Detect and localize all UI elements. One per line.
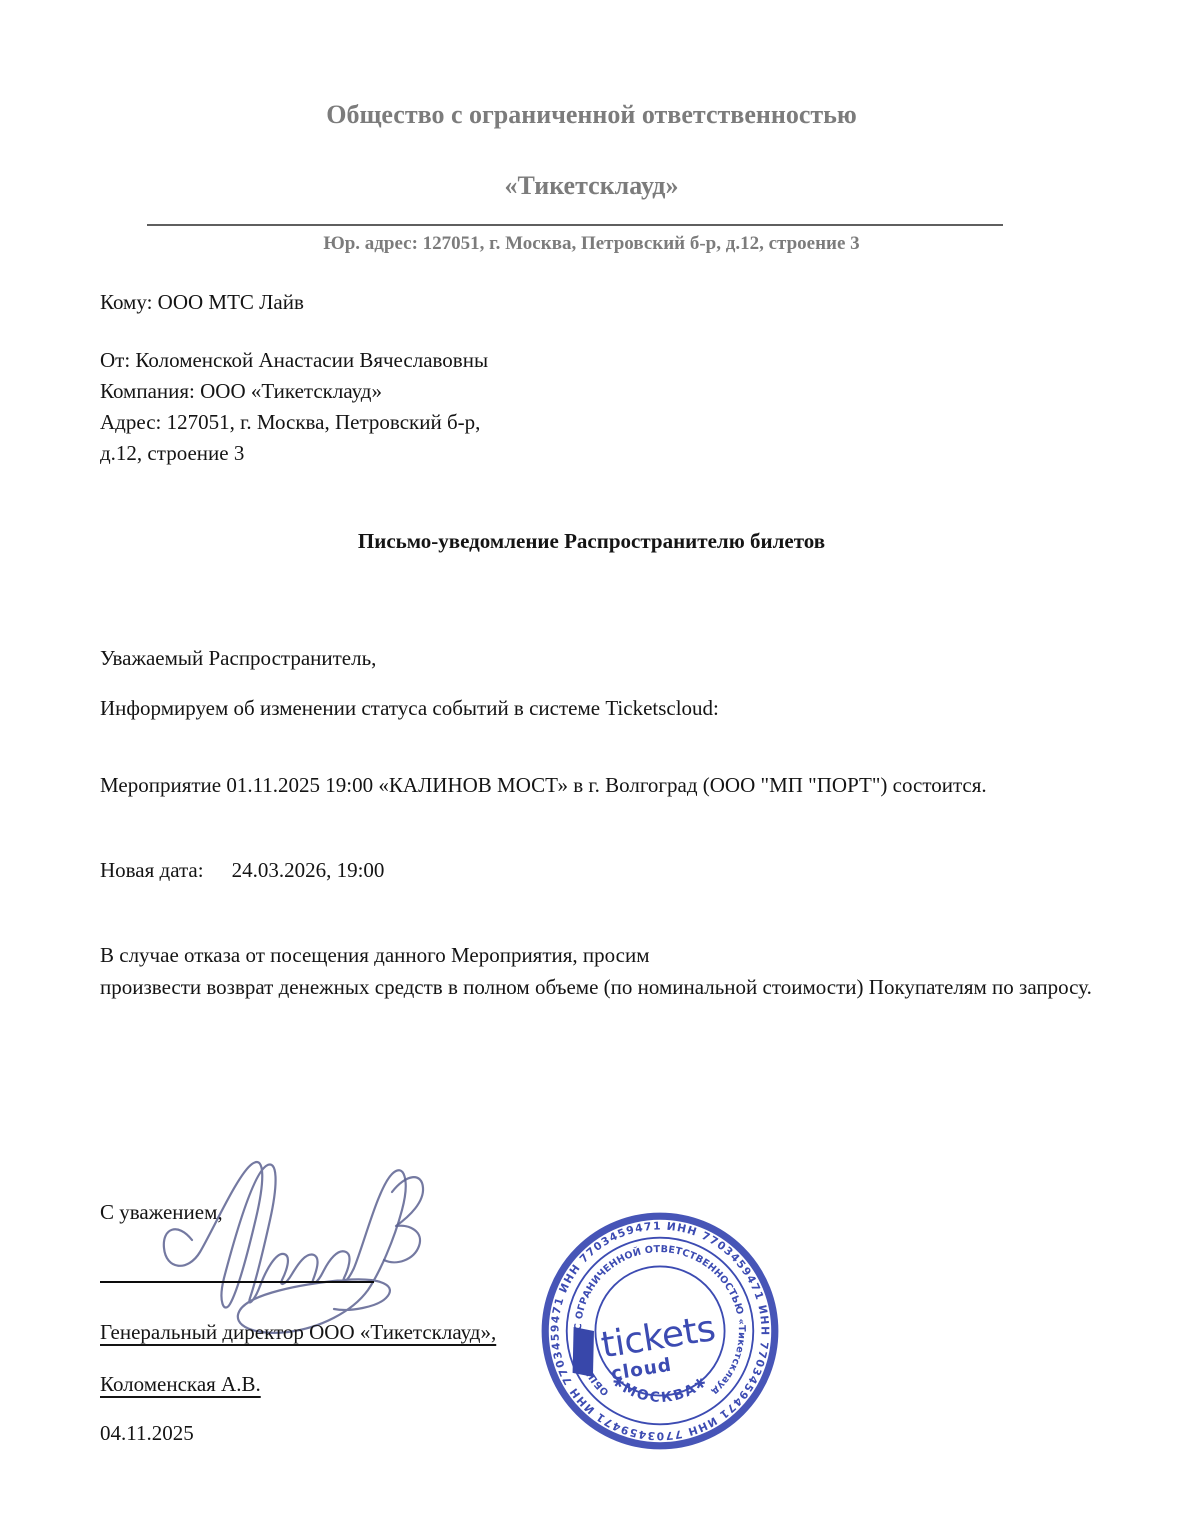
sender-company: Компания: ООО «Тикетсклауд» bbox=[100, 379, 382, 403]
sender-address-line1: Адрес: 127051, г. Москва, Петровский б-р… bbox=[100, 410, 480, 434]
recipient-to: Кому: ООО МТС Лайв bbox=[100, 290, 304, 314]
new-date-label: Новая дата: bbox=[100, 858, 204, 882]
signature-line bbox=[100, 1281, 374, 1283]
sender-from: От: Коломенской Анастасии Вячеславовны bbox=[100, 348, 488, 372]
director-title-line: Генеральный директор ООО «Тикетсклауд», bbox=[100, 1320, 496, 1344]
letterhead-divider bbox=[147, 224, 1003, 226]
org-name-line1: Общество с ограниченной ответственностью bbox=[0, 100, 1183, 130]
event-status-line: Мероприятие 01.11.2025 19:00 «КАЛИНОВ МО… bbox=[100, 773, 987, 797]
letter-page: Общество с ограниченной ответственностью… bbox=[0, 0, 1183, 1531]
letter-date: 04.11.2025 bbox=[100, 1421, 194, 1445]
new-date-line: Новая дата:24.03.2026, 19:00 bbox=[100, 858, 384, 882]
intro-line: Информируем об изменении статуса событий… bbox=[100, 696, 719, 720]
greeting-line: Уважаемый Распространитель, bbox=[100, 646, 376, 670]
subject-title: Письмо-уведомление Распространителю биле… bbox=[0, 529, 1183, 553]
director-name-line: Коломенская А.В. bbox=[100, 1372, 261, 1396]
new-date-value: 24.03.2026, 19:00 bbox=[232, 858, 385, 882]
refund-notice-line2: произвести возврат денежных средств в по… bbox=[100, 975, 1092, 999]
signature-scribble bbox=[130, 1140, 450, 1345]
refund-notice-line1: В случае отказа от посещения данного Мер… bbox=[100, 943, 650, 967]
legal-address: Юр. адрес: 127051, г. Москва, Петровский… bbox=[0, 233, 1183, 255]
org-name-line2: «Тикетсклауд» bbox=[0, 171, 1183, 201]
company-stamp: ИНН 7703459471 ИНН 7703459471 ИНН 770345… bbox=[537, 1208, 783, 1454]
sender-address-line2: д.12, строение 3 bbox=[100, 441, 244, 465]
